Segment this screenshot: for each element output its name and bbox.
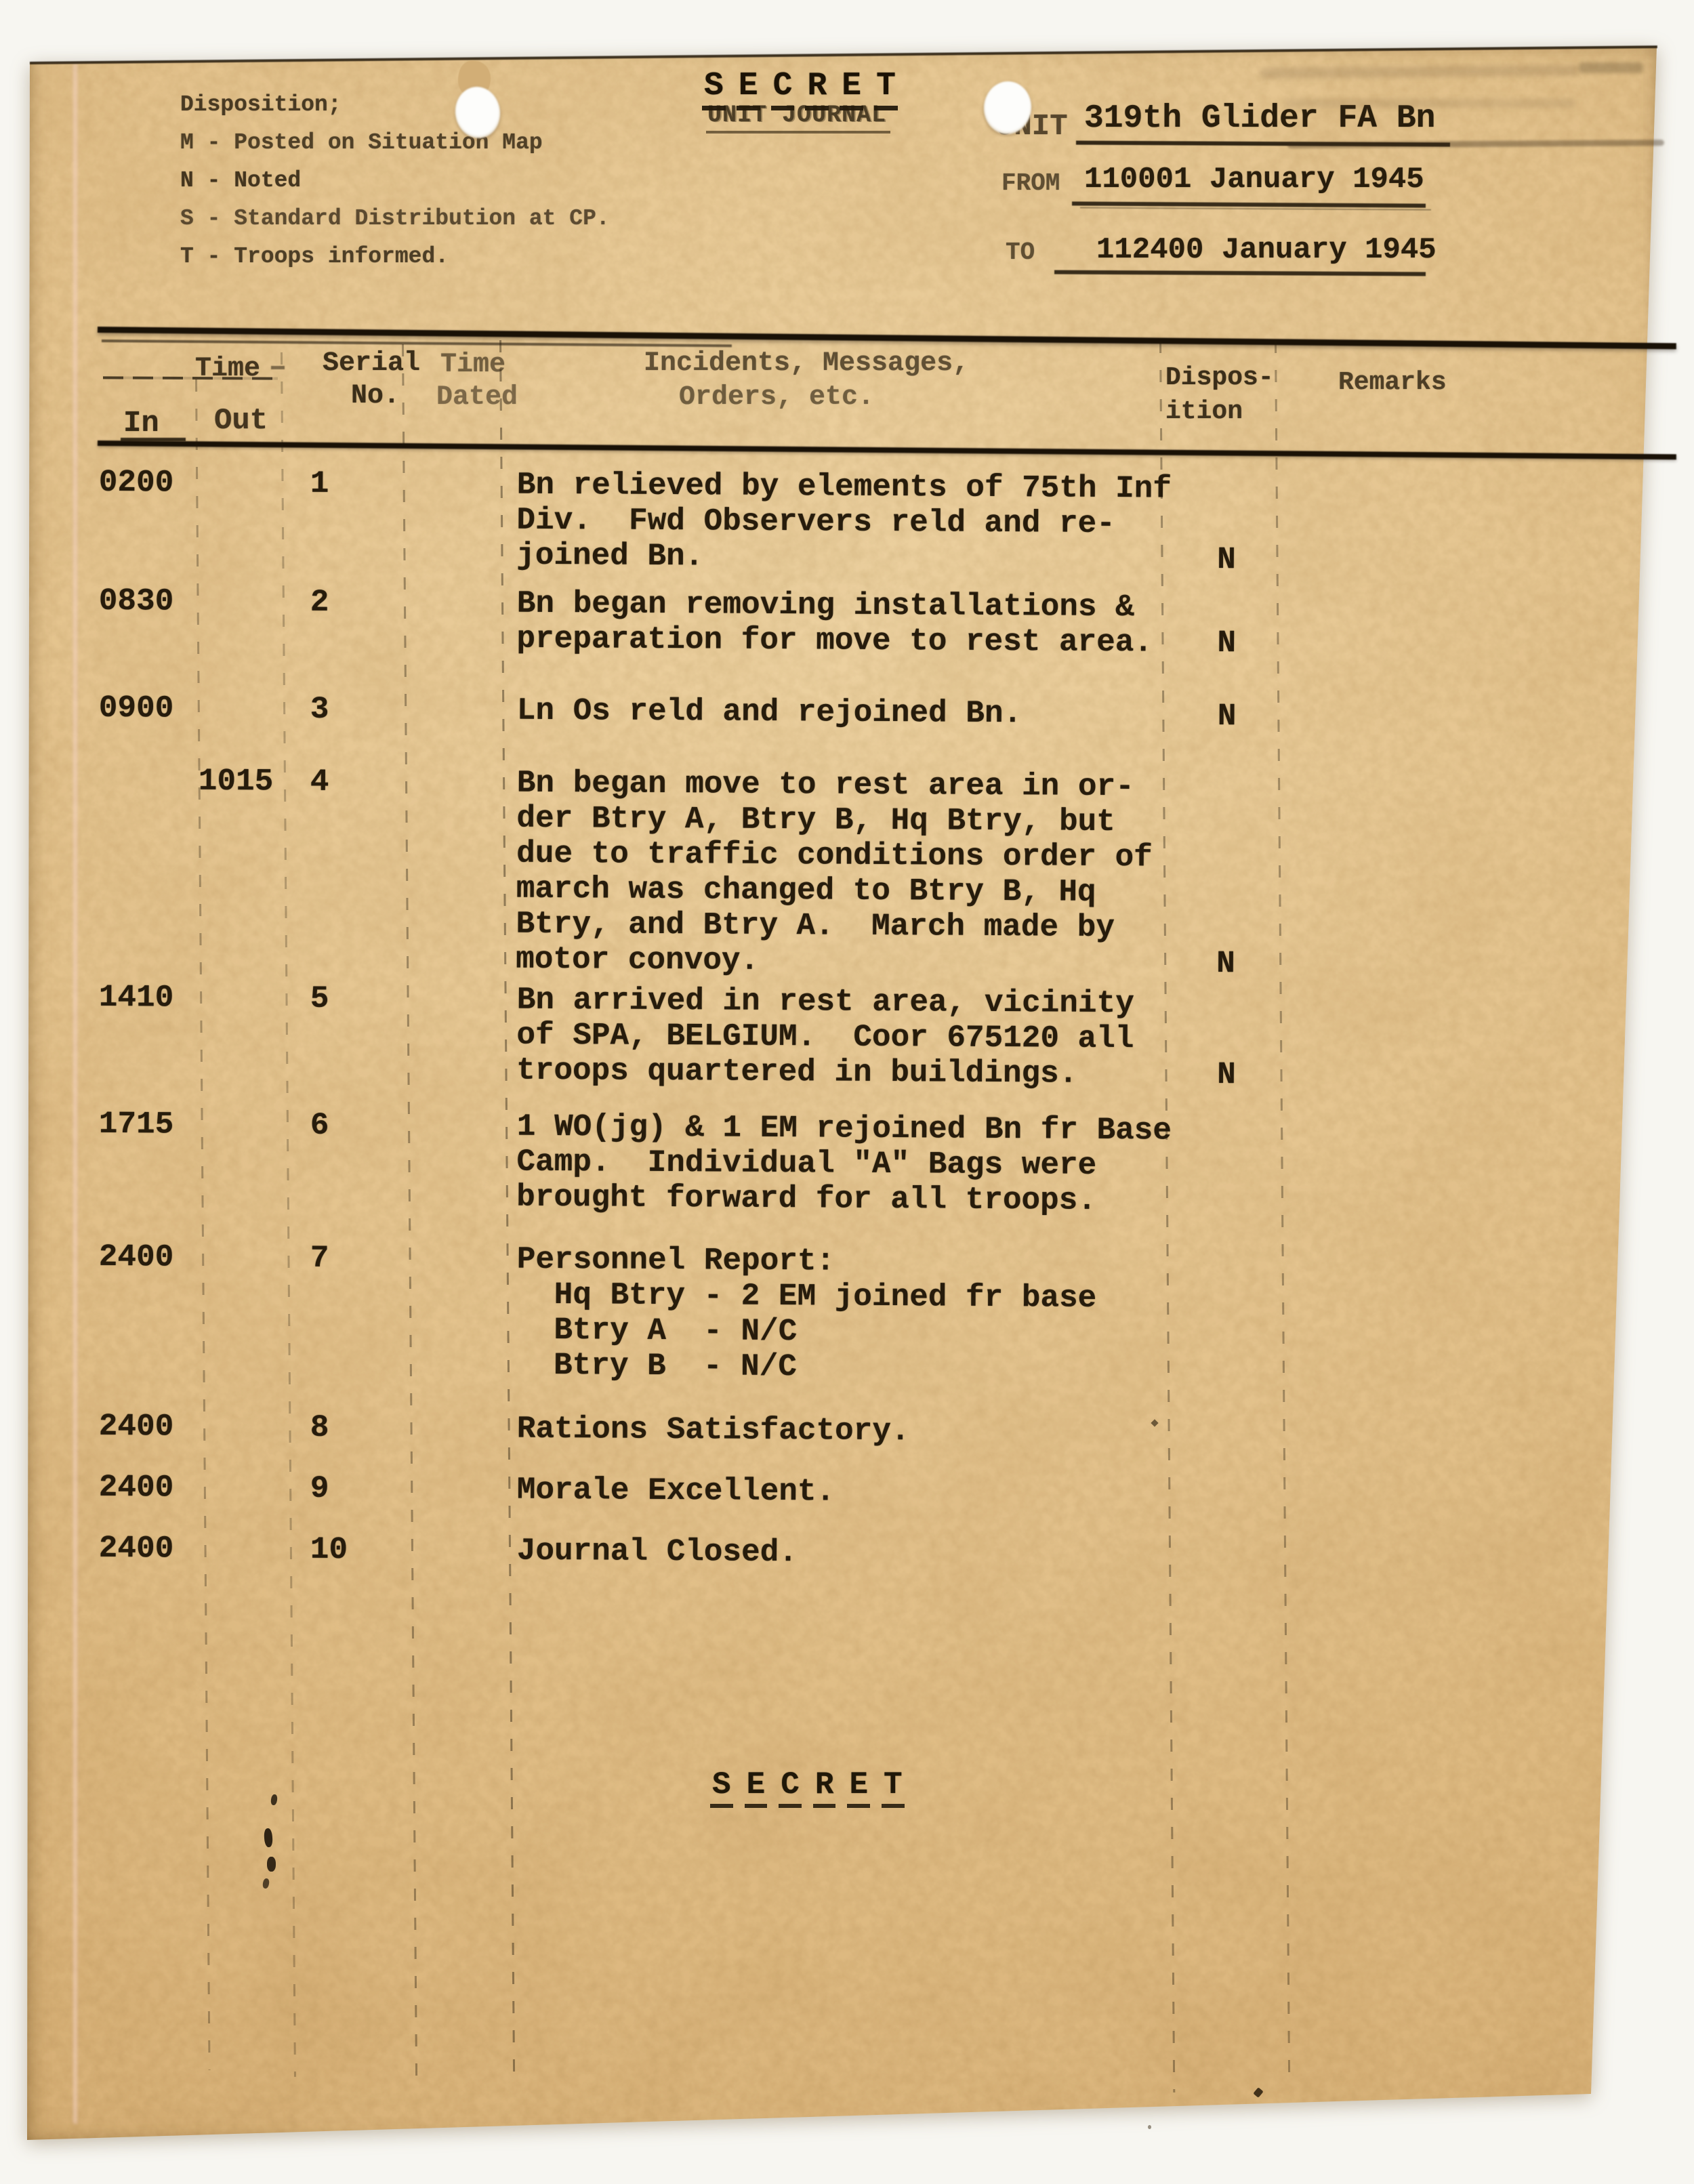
entry-text: 1 WO(jg) & 1 EM rejoined Bn fr Base Camp… xyxy=(516,1109,1172,1219)
from-value: 110001 January 1945 xyxy=(1084,163,1424,197)
time-header-dash xyxy=(271,366,285,369)
to-value: 112400 January 1945 xyxy=(1096,233,1437,267)
journal-entry-8: 2400 8 Rations Satisfactory. xyxy=(0,1408,1694,1418)
journal-entry-2: 0830 2 Bn began removing installations &… xyxy=(0,583,1694,593)
journal-entry-6: 1715 6 1 WO(jg) & 1 EM rejoined Bn fr Ba… xyxy=(0,1106,1694,1116)
entry-text: Journal Closed. xyxy=(517,1533,798,1571)
from-label: FROM xyxy=(1001,169,1060,197)
column-header-disposition-2: ition xyxy=(1165,397,1243,426)
legend-item-t: T - Troops informed. xyxy=(180,244,449,269)
entry-time-in: 2400 xyxy=(99,1470,174,1506)
entry-serial: 6 xyxy=(310,1108,329,1143)
entry-serial: 4 xyxy=(310,764,329,800)
journal-entry-3: 0900 3 Ln Os reld and rejoined Bn. N xyxy=(0,690,1694,700)
entry-time-in: 1715 xyxy=(99,1107,174,1142)
journal-entry-1: 0200 1 Bn relieved by elements of 75th I… xyxy=(0,464,1694,474)
column-header-incidents-2: Orders, etc. xyxy=(679,382,874,413)
entry-text: Bn relieved by elements of 75th Inf Div.… xyxy=(516,468,1172,577)
to-underline xyxy=(1054,270,1426,276)
entry-text: Bn began move to rest area in or- der Bt… xyxy=(516,766,1153,981)
column-divider-out-serial xyxy=(281,352,296,2077)
entry-serial: 3 xyxy=(310,692,329,727)
secret-letter: S xyxy=(710,1767,733,1808)
table-top-rule xyxy=(98,327,1676,349)
entry-serial: 7 xyxy=(310,1241,329,1276)
entry-serial: 5 xyxy=(310,981,329,1016)
column-header-time-dated-2: Dated xyxy=(436,382,518,413)
ink-dot xyxy=(1148,2125,1151,2129)
column-header-remarks: Remarks xyxy=(1338,368,1447,397)
legend-item-n: N - Noted xyxy=(180,168,301,193)
classification-secret-bottom: SECRET xyxy=(710,1767,905,1808)
disposition-legend-title: Disposition; xyxy=(180,92,342,117)
column-header-incidents-1: Incidents, Messages, xyxy=(644,348,969,379)
entry-time-in: 2400 xyxy=(99,1239,174,1275)
entry-time-in: 2400 xyxy=(99,1531,174,1567)
from-underline xyxy=(1072,201,1426,207)
column-header-time-dated-1: Time xyxy=(440,350,505,380)
table-top-rule-echo xyxy=(102,339,732,347)
entry-text: Personnel Report: Hq Btry - 2 EM joined … xyxy=(516,1242,1097,1386)
to-label: TO xyxy=(1006,239,1035,266)
ghost-underline-smudge xyxy=(1287,140,1664,148)
column-divider-disposition-remarks xyxy=(1275,341,1290,2089)
secret-letter: C xyxy=(779,1767,802,1808)
journal-entry-4: 1015 4 Bn began move to rest area in or-… xyxy=(0,762,1694,772)
entry-time-in: 2400 xyxy=(99,1409,174,1445)
column-header-disposition-1: Dispos- xyxy=(1165,363,1274,392)
table-header-bottom-rule xyxy=(98,440,1676,459)
entry-text: Rations Satisfactory. xyxy=(517,1412,910,1449)
entry-time-in: 0830 xyxy=(99,583,174,619)
journal-entry-10: 2400 10 Journal Closed. xyxy=(0,1530,1694,1540)
journal-entry-5: 1410 5 Bn arrived in rest area, vicinity… xyxy=(0,979,1694,989)
entry-serial: 8 xyxy=(310,1410,329,1445)
column-header-time: Time xyxy=(195,354,260,384)
ink-dot xyxy=(1151,1419,1158,1426)
journal-entry-7: 2400 7 Personnel Report: Hq Btry - 2 EM … xyxy=(0,1239,1694,1249)
ink-blot xyxy=(270,1794,278,1805)
column-header-serial: Serial xyxy=(323,348,420,379)
entry-serial: 10 xyxy=(310,1532,348,1567)
ink-layer: Disposition; M - Posted on Situation Map… xyxy=(0,0,1694,2184)
entry-time-in: 0200 xyxy=(99,465,174,501)
entry-time-in: 0900 xyxy=(99,691,174,726)
entry-text: Bn arrived in rest area, vicinity of SPA… xyxy=(516,983,1134,1092)
entry-disposition: N xyxy=(1217,1057,1236,1092)
entry-text: Ln Os reld and rejoined Bn. xyxy=(517,693,1022,732)
entry-time-out: 1015 xyxy=(199,764,274,800)
scanned-unit-journal-page: Disposition; M - Posted on Situation Map… xyxy=(0,0,1694,2184)
legend-item-s: S - Standard Distribution at CP. xyxy=(180,206,610,231)
journal-entry-9: 2400 9 Morale Excellent. xyxy=(0,1469,1694,1479)
ink-blot xyxy=(264,1828,273,1848)
entry-serial: 2 xyxy=(310,585,329,620)
column-header-in: In xyxy=(123,407,159,440)
entry-disposition: N xyxy=(1218,699,1237,734)
secret-letter: R xyxy=(813,1767,836,1808)
ghost-typing-smudge xyxy=(1284,99,1575,108)
entry-serial: 9 xyxy=(310,1471,329,1506)
column-divider-serial-dated xyxy=(402,344,417,2079)
secret-letter: T xyxy=(882,1767,905,1808)
column-divider-dated-incidents xyxy=(499,340,515,2085)
entry-text: Morale Excellent. xyxy=(517,1472,835,1510)
entry-disposition: N xyxy=(1217,542,1236,577)
ink-dot xyxy=(1253,2087,1263,2098)
column-header-out: Out xyxy=(214,404,268,438)
column-divider-in-out xyxy=(195,379,211,2070)
secret-letter: E xyxy=(847,1767,870,1808)
ink-blot xyxy=(267,1857,276,1872)
entry-text: Bn began removing installations & prepar… xyxy=(516,586,1153,661)
entry-serial: 1 xyxy=(310,466,329,501)
ink-smudge xyxy=(1579,62,1643,73)
entry-disposition: N xyxy=(1216,946,1235,981)
form-title-unit-journal: UNIT JOURNAL xyxy=(706,102,890,133)
entry-disposition: N xyxy=(1217,625,1236,661)
secret-letter: E xyxy=(745,1767,768,1808)
ghost-typing-smudge xyxy=(1260,65,1579,79)
column-header-serial-no: No. xyxy=(351,381,400,411)
ink-blot xyxy=(262,1878,270,1889)
entry-time-in: 1410 xyxy=(99,980,174,1016)
